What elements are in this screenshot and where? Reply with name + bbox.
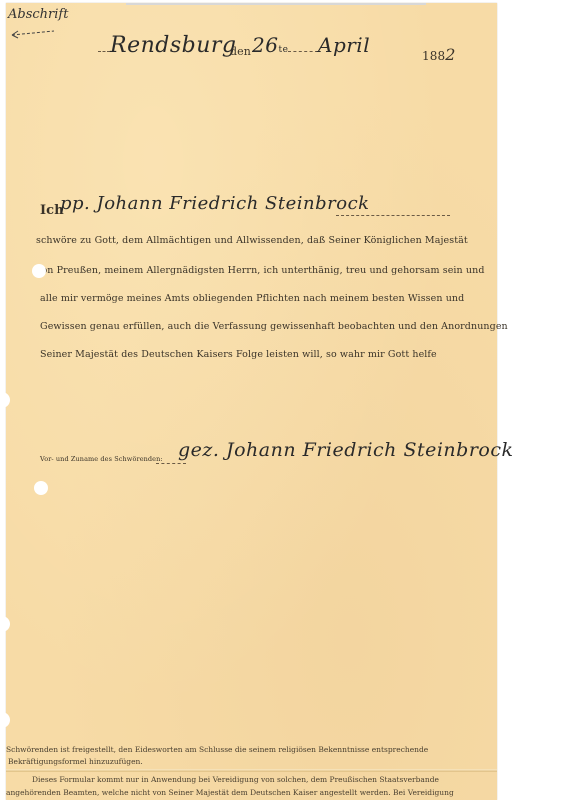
- signature-fill-line: [156, 463, 186, 464]
- footnote-line-4: angehörenden Beamten, welche nicht von S…: [6, 788, 454, 797]
- header-month: April: [318, 33, 370, 57]
- footnote-line-1: Schwörenden ist freigestellt, den Eidesw…: [6, 745, 428, 754]
- header-den-label: den: [230, 45, 251, 58]
- name-fill-line: [336, 215, 450, 216]
- footnote-line-2: Bekräftigungsformel hinzuzufügen.: [8, 757, 143, 766]
- signature-label: Vor- und Zuname des Schwörenden:: [40, 455, 163, 463]
- signature-handwritten: gez. Johann Friedrich Steinbrock: [178, 439, 514, 461]
- oath-line-3: alle mir vermöge meines Amts obliegenden…: [40, 293, 464, 304]
- paper-fold: [6, 769, 497, 772]
- oath-handwritten-name: pp. Johann Friedrich Steinbrock: [60, 193, 370, 214]
- footnote-line-3: Dieses Formular kommt nur in Anwendung b…: [32, 775, 439, 784]
- scan-edge-line: [126, 3, 426, 5]
- oath-line-2: von Preußen, meinem Allergnädigsten Herr…: [36, 265, 485, 276]
- header-year: 1882: [422, 45, 456, 64]
- punch-hole-top: [32, 264, 46, 278]
- header-place: Rendsburg: [98, 33, 236, 58]
- oath-line-1: schwöre zu Gott, dem Allmächtigen und Al…: [36, 235, 468, 246]
- punch-hole-bottom: [34, 481, 48, 495]
- document-page: Abschrift Rendsburg den 26te April 1882 …: [6, 3, 497, 800]
- corner-annotation: Abschrift: [8, 7, 68, 22]
- oath-line-5: Seiner Majestät des Deutschen Kaisers Fo…: [40, 349, 437, 360]
- arrow-icon: [10, 29, 56, 39]
- oath-line-4: Gewissen genau erfüllen, auch die Verfas…: [40, 321, 508, 332]
- header-day: 26te: [252, 33, 318, 57]
